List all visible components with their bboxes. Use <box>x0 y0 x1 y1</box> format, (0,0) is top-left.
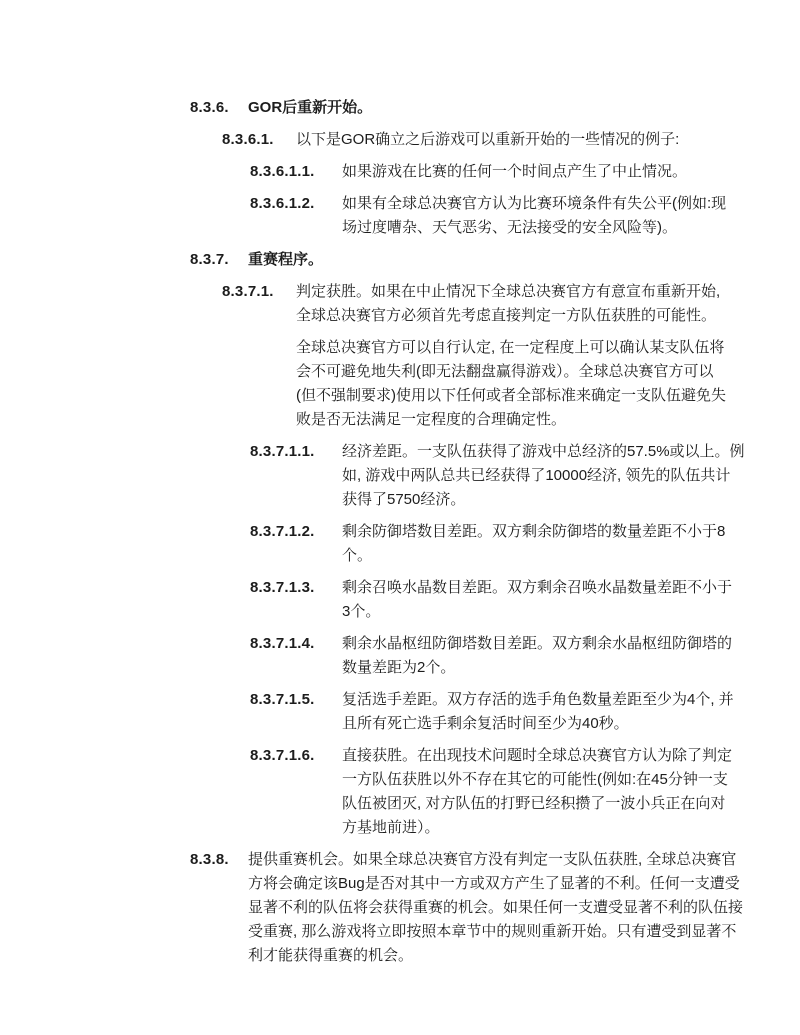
section-text: 直接获胜。在出现技术问题时全球总决赛官方认为除了判定 一方队伍获胜以外不存在其它… <box>342 744 770 840</box>
section-number: 8.3.7. <box>190 248 248 272</box>
section-8-3-6-1-2: 8.3.6.1.2. 如果有全球总决赛官方认为比赛环境条件有失公平(例如:现 场… <box>250 192 770 240</box>
section-8-3-7: 8.3.7. 重赛程序。 <box>190 248 770 272</box>
section-8-3-7-1-1: 8.3.7.1.1. 经济差距。一支队伍获得了游戏中总经济的57.5%或以上。例… <box>250 440 770 512</box>
section-body: 以下是GOR确立之后游戏可以重新开始的一些情况的例子: <box>296 128 770 152</box>
section-8-3-7-1: 8.3.7.1. 判定获胜。如果在中止情况下全球总决赛官方有意宣布重新开始, 全… <box>222 280 770 432</box>
section-8-3-6-1: 8.3.6.1. 以下是GOR确立之后游戏可以重新开始的一些情况的例子: <box>222 128 770 152</box>
section-8-3-6: 8.3.6. GOR后重新开始。 <box>190 96 770 120</box>
section-text: 如果游戏在比赛的任何一个时间点产生了中止情况。 <box>342 160 770 184</box>
section-body: 经济差距。一支队伍获得了游戏中总经济的57.5%或以上。例 如, 游戏中两队总共… <box>342 440 770 512</box>
section-number: 8.3.8. <box>190 848 248 872</box>
section-body: GOR后重新开始。 <box>248 96 770 120</box>
section-8-3-7-1-4: 8.3.7.1.4. 剩余水晶枢纽防御塔数目差距。双方剩余水晶枢纽防御塔的 数量… <box>250 632 770 680</box>
section-8-3-8: 8.3.8. 提供重赛机会。如果全球总决赛官方没有判定一支队伍获胜, 全球总决赛… <box>190 848 770 968</box>
section-text: 提供重赛机会。如果全球总决赛官方没有判定一支队伍获胜, 全球总决赛官 方将会确定… <box>248 848 770 968</box>
section-number: 8.3.6.1.1. <box>250 160 342 184</box>
section-text: 剩余防御塔数目差距。双方剩余防御塔的数量差距不小于8 个。 <box>342 520 770 568</box>
section-8-3-7-1-6: 8.3.7.1.6. 直接获胜。在出现技术问题时全球总决赛官方认为除了判定 一方… <box>250 744 770 840</box>
section-text: 复活选手差距。双方存活的选手角色数量差距至少为4个, 并 且所有死亡选手剩余复活… <box>342 688 770 736</box>
section-text: 剩余召唤水晶数目差距。双方剩余召唤水晶数量差距不小于 3个。 <box>342 576 770 624</box>
section-body: 判定获胜。如果在中止情况下全球总决赛官方有意宣布重新开始, 全球总决赛官方必须首… <box>296 280 770 432</box>
section-8-3-7-1-3: 8.3.7.1.3. 剩余召唤水晶数目差距。双方剩余召唤水晶数量差距不小于 3个… <box>250 576 770 624</box>
section-text: 全球总决赛官方可以自行认定, 在一定程度上可以确认某支队伍将 会不可避免地失利(… <box>296 336 770 432</box>
section-8-3-6-1-1: 8.3.6.1.1. 如果游戏在比赛的任何一个时间点产生了中止情况。 <box>250 160 770 184</box>
section-body: 剩余水晶枢纽防御塔数目差距。双方剩余水晶枢纽防御塔的 数量差距为2个。 <box>342 632 770 680</box>
section-heading-text: 重赛程序。 <box>248 248 770 272</box>
section-text: 判定获胜。如果在中止情况下全球总决赛官方有意宣布重新开始, 全球总决赛官方必须首… <box>296 280 770 328</box>
section-body: 剩余防御塔数目差距。双方剩余防御塔的数量差距不小于8 个。 <box>342 520 770 568</box>
section-8-3-7-1-5: 8.3.7.1.5. 复活选手差距。双方存活的选手角色数量差距至少为4个, 并 … <box>250 688 770 736</box>
section-text: 剩余水晶枢纽防御塔数目差距。双方剩余水晶枢纽防御塔的 数量差距为2个。 <box>342 632 770 680</box>
section-body: 复活选手差距。双方存活的选手角色数量差距至少为4个, 并 且所有死亡选手剩余复活… <box>342 688 770 736</box>
section-body: 如果游戏在比赛的任何一个时间点产生了中止情况。 <box>342 160 770 184</box>
section-number: 8.3.7.1.4. <box>250 632 342 656</box>
section-text: 以下是GOR确立之后游戏可以重新开始的一些情况的例子: <box>296 128 770 152</box>
section-number: 8.3.6.1. <box>222 128 296 152</box>
section-body: 剩余召唤水晶数目差距。双方剩余召唤水晶数量差距不小于 3个。 <box>342 576 770 624</box>
section-number: 8.3.7.1.1. <box>250 440 342 464</box>
section-number: 8.3.6. <box>190 96 248 120</box>
section-heading-text: GOR后重新开始。 <box>248 96 770 120</box>
section-body: 提供重赛机会。如果全球总决赛官方没有判定一支队伍获胜, 全球总决赛官 方将会确定… <box>248 848 770 968</box>
section-body: 直接获胜。在出现技术问题时全球总决赛官方认为除了判定 一方队伍获胜以外不存在其它… <box>342 744 770 840</box>
section-8-3-7-1-2: 8.3.7.1.2. 剩余防御塔数目差距。双方剩余防御塔的数量差距不小于8 个。 <box>250 520 770 568</box>
section-number: 8.3.7.1. <box>222 280 296 304</box>
section-text: 经济差距。一支队伍获得了游戏中总经济的57.5%或以上。例 如, 游戏中两队总共… <box>342 440 770 512</box>
document-page: 8.3.6. GOR后重新开始。 8.3.6.1. 以下是GOR确立之后游戏可以… <box>0 0 800 1035</box>
section-body: 如果有全球总决赛官方认为比赛环境条件有失公平(例如:现 场过度嘈杂、天气恶劣、无… <box>342 192 770 240</box>
section-number: 8.3.6.1.2. <box>250 192 342 216</box>
section-body: 重赛程序。 <box>248 248 770 272</box>
section-number: 8.3.7.1.2. <box>250 520 342 544</box>
section-number: 8.3.7.1.3. <box>250 576 342 600</box>
section-number: 8.3.7.1.6. <box>250 744 342 768</box>
section-number: 8.3.7.1.5. <box>250 688 342 712</box>
section-text: 如果有全球总决赛官方认为比赛环境条件有失公平(例如:现 场过度嘈杂、天气恶劣、无… <box>342 192 770 240</box>
